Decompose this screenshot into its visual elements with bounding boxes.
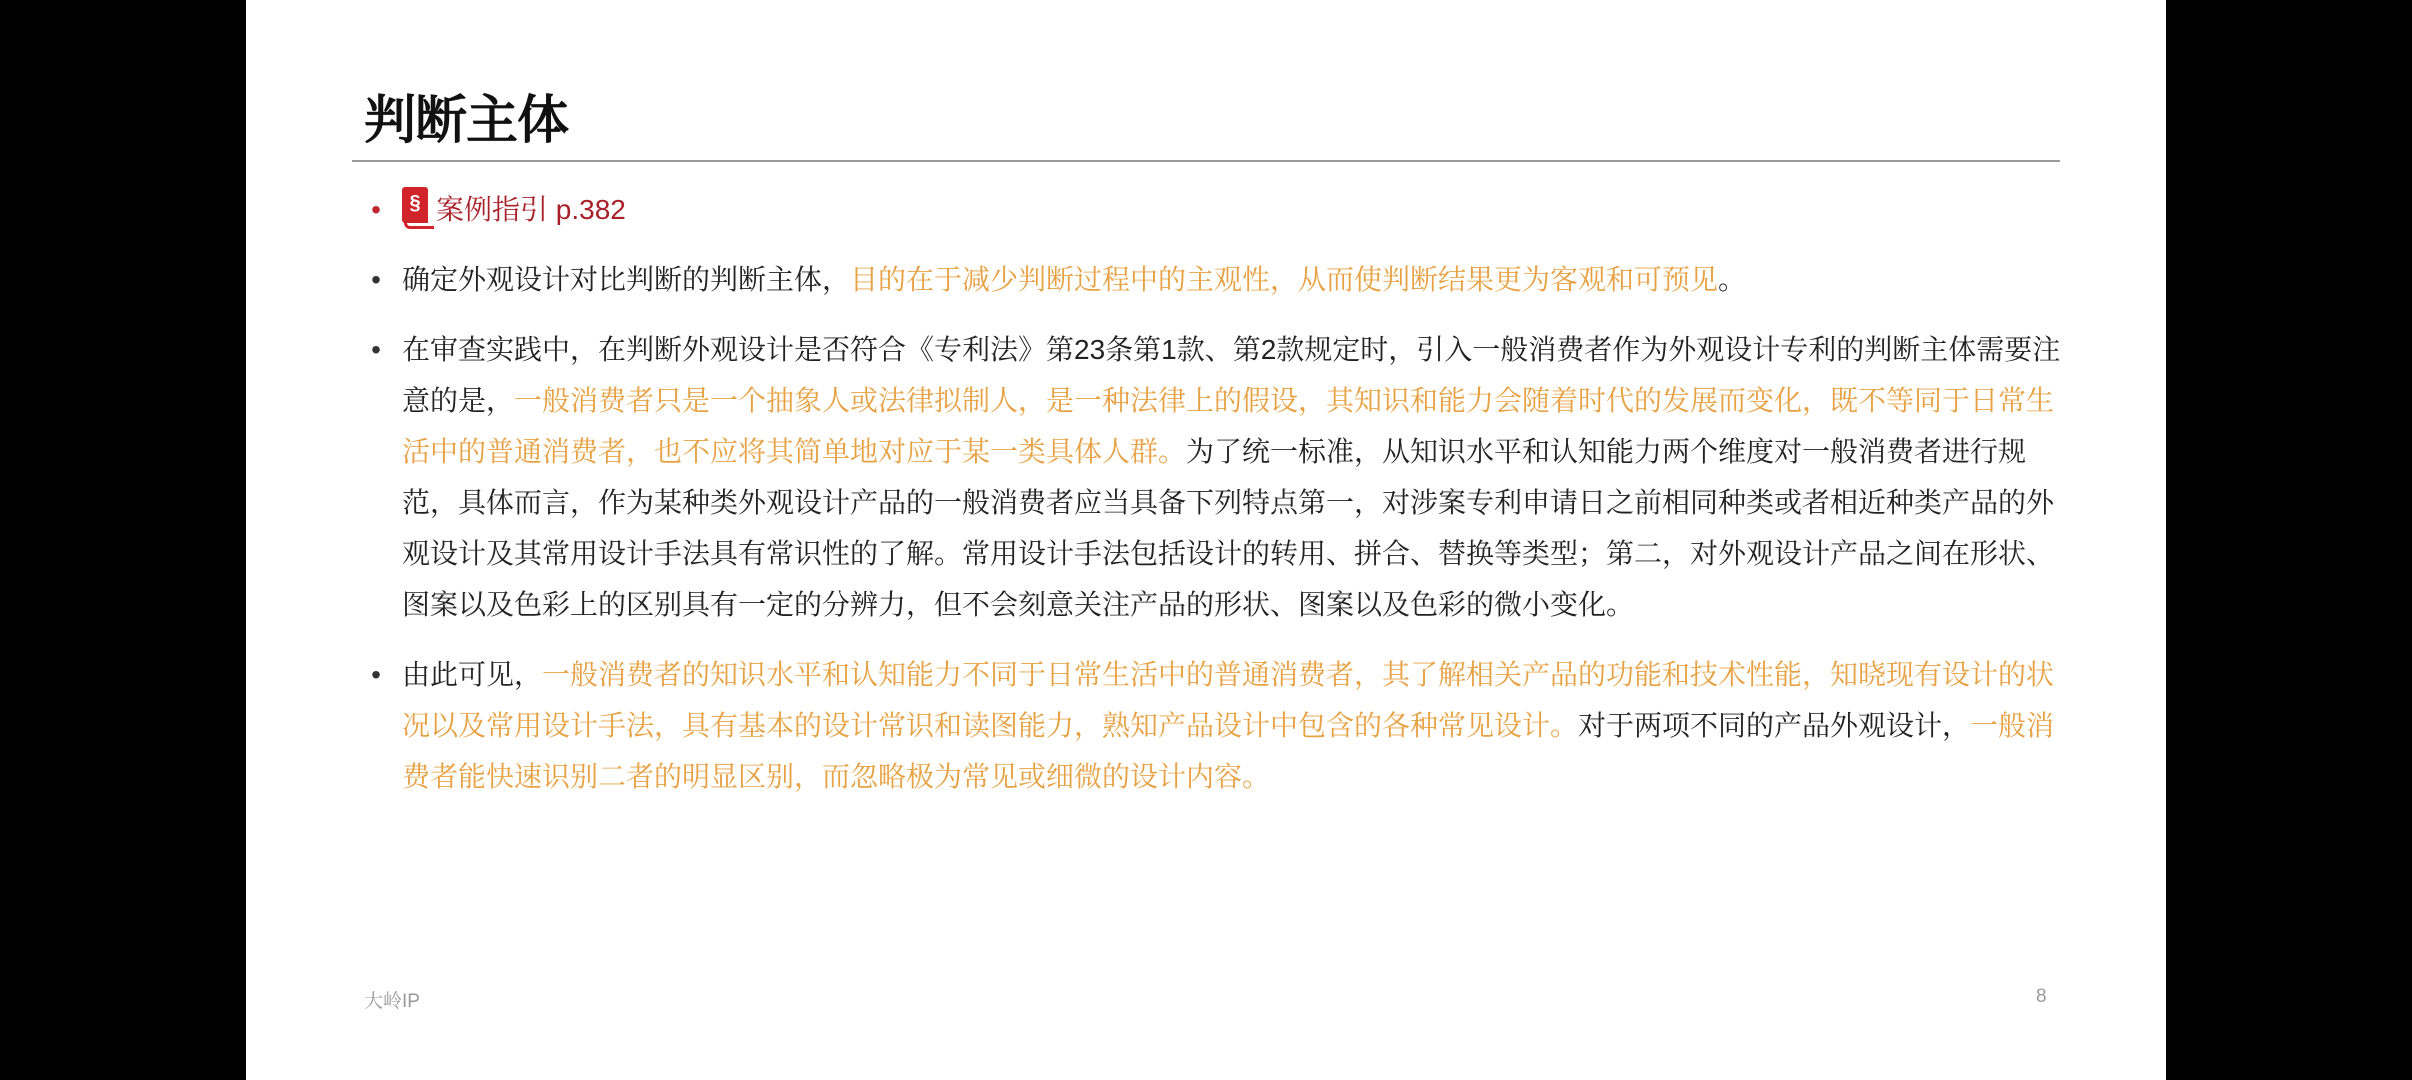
bullet-item: • 由此可见，一般消费者的知识水平和认知能力不同于日常生活中的普通消费者，其了解… <box>366 649 2066 802</box>
book-base <box>404 221 434 229</box>
bullet-dot: • <box>366 649 386 700</box>
text-segment: 确定外观设计对比判断的判断主体， <box>402 264 850 295</box>
reference-label: 案例指引 p.382 <box>436 194 626 225</box>
title-divider <box>352 160 2060 162</box>
bullet-dot: • <box>366 254 386 305</box>
bullet-text: 确定外观设计对比判断的判断主体，目的在于减少判断过程中的主观性，从而使判断结果更… <box>402 264 1746 295</box>
bullet-dot: • <box>366 184 386 235</box>
book-section-icon: § <box>402 187 428 231</box>
text-segment: 对于两项不同的产品外观设计， <box>1578 710 1970 741</box>
highlighted-text: 目的在于减少判断过程中的主观性，从而使判断结果更为客观和可预见 <box>850 264 1718 295</box>
footer-brand: 大岭IP <box>364 986 420 1013</box>
page-number: 8 <box>2036 986 2047 1008</box>
bullet-text: 由此可见，一般消费者的知识水平和认知能力不同于日常生活中的普通消费者，其了解相关… <box>402 659 2054 792</box>
bullet-list: • § 案例指引 p.382 • 确定外观设计对比判断的判断主体，目的在于减少判… <box>366 184 2066 802</box>
bullet-reference: • § 案例指引 p.382 <box>366 184 2066 235</box>
bullet-item: • 在审查实践中，在判断外观设计是否符合《专利法》第23条第1款、第2款规定时，… <box>366 324 2066 630</box>
section-symbol: § <box>402 187 428 223</box>
case-guide-reference-link[interactable]: § 案例指引 p.382 <box>402 194 626 225</box>
bullet-item: • 确定外观设计对比判断的判断主体，目的在于减少判断过程中的主观性，从而使判断结… <box>366 254 2066 305</box>
text-segment: 由此可见， <box>402 659 542 690</box>
bullet-dot: • <box>366 324 386 375</box>
slide-title: 判断主体 <box>364 88 568 154</box>
text-segment: 。 <box>1718 264 1746 295</box>
slide: 判断主体 • § 案例指引 p.382 • 确定外观设计对比判断的判断主体，目的… <box>246 0 2166 1080</box>
bullet-text: 在审查实践中，在判断外观设计是否符合《专利法》第23条第1款、第2款规定时，引入… <box>402 334 2060 620</box>
